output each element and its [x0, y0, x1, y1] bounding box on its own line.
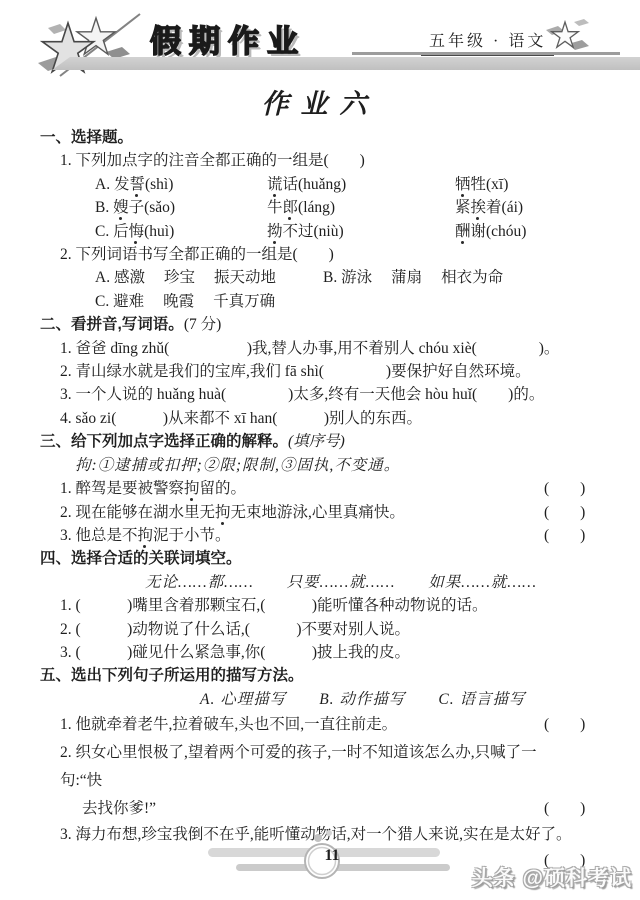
stars-logo-icon	[18, 8, 148, 83]
fill-in-item: 1. ( )嘴里含着那颗宝石,( )能听懂各种动物说的话。	[40, 594, 602, 617]
definition-line: 拘:①逮捕或扣押;②限;限制,③固执,不变通。	[40, 454, 602, 477]
word-cell: 晚霞	[163, 290, 194, 313]
sentence-item: 1. 他就牵着老牛,拉着破车,头也不回,一直往前走。 ( )	[40, 711, 602, 739]
section-4: 四、选择合适的关联词填空。 无论……都…… 只要……就…… 如果……就…… 1.…	[40, 547, 602, 664]
option-cell: 谎话(huǎng)	[267, 173, 455, 196]
answer-bracket: ( )	[544, 711, 602, 739]
options-line: A. 心理描写 B. 动作描写 C. 语言描写	[40, 688, 602, 711]
section-2-heading: 二、看拼音,写词语。(7 分)	[40, 313, 602, 336]
word-cell: B. 游泳	[323, 266, 372, 289]
answer-bracket: ( )	[544, 524, 602, 547]
section-1: 一、选择题。 1. 下列加点字的注音全都正确的一组是( ) A. 发誓(shì)…	[40, 126, 602, 313]
answer-bracket: ( )	[544, 477, 602, 500]
option-cell: A. 发誓(shì)	[95, 173, 267, 196]
section-1-q1-row-c: C. 后悔(huì) 拗不过(niù) 酬谢(chóu)	[40, 220, 602, 243]
section-1-q1-row-a: A. 发誓(shì) 谎话(huǎng) 牺牲(xī)	[40, 173, 602, 196]
header-main-bar	[52, 57, 640, 70]
page-number: 11	[309, 847, 355, 865]
sentence-line-2: 去找你爹!”	[60, 795, 544, 823]
sentence-text: 1. 醉驾是要被警察拘留的。	[60, 477, 544, 500]
option-cell: 酬谢(chóu)	[455, 220, 602, 243]
word-cell: 振天动地	[214, 266, 276, 289]
sentence-item: 1. 醉驾是要被警察拘留的。 ( )	[40, 477, 602, 500]
worksheet-content: 一、选择题。 1. 下列加点字的注音全都正确的一组是( ) A. 发誓(shì)…	[40, 126, 602, 875]
banner-title: 假期作业	[150, 16, 306, 61]
page-header: 假期作业 五年级 · 语文	[0, 0, 640, 82]
option-cell: 牺牲(xī)	[455, 173, 602, 196]
section-1-q1-stem: 1. 下列加点字的注音全都正确的一组是( )	[40, 149, 602, 172]
option-cell: B. 嫂子(sǎo)	[95, 196, 267, 219]
fill-in-item: 2. 青山绿水就是我们的宝库,我们 fā shì( )要保护好自然环境。	[40, 360, 602, 383]
section-3-note: (填序号)	[288, 433, 345, 450]
section-2-score: (7 分)	[184, 316, 221, 333]
sentence-text: 2. 现在能够在湖水里无拘无束地游泳,心里真痛快。	[60, 501, 544, 524]
option-cell: C. 后悔(huì)	[95, 220, 267, 243]
option-cell: 牛郎(láng)	[267, 196, 455, 219]
answer-bracket: ( )	[544, 795, 602, 823]
section-1-q2-stem: 2. 下列词语书写全都正确的一组是( )	[40, 243, 602, 266]
section-1-q1-row-b: B. 嫂子(sǎo) 牛郎(láng) 紧挨着(ái)	[40, 196, 602, 219]
option-cell: 拗不过(niù)	[267, 220, 455, 243]
section-4-heading: 四、选择合适的关联词填空。	[40, 547, 602, 570]
page-title: 作业六	[0, 82, 640, 121]
option-cell: 紧挨着(ái)	[455, 196, 602, 219]
section-1-q2-row-2: C. 避难 晚霞 千真万确	[40, 290, 602, 313]
word-cell: C. 避难	[95, 290, 144, 313]
section-3: 三、给下列加点字选择正确的解释。(填序号) 拘:①逮捕或扣押;②限;限制,③固执…	[40, 430, 602, 547]
sentence-text: 1. 他就牵着老牛,拉着破车,头也不回,一直往前走。	[60, 711, 544, 739]
section-2-heading-text: 二、看拼音,写词语。	[40, 316, 184, 333]
fill-in-item: 4. sǎo zi( )从来都不 xī han( )别人的东西。	[40, 407, 602, 430]
sentence-item: 2. 织女心里恨极了,望着两个可爱的孩子,一时不知道该怎么办,只喊了一句:“快 …	[40, 739, 602, 823]
header-thin-bar	[352, 52, 620, 55]
word-cell: 相衣为命	[441, 266, 503, 289]
sentence-item: 2. 现在能够在湖水里无拘无束地游泳,心里真痛快。 ( )	[40, 501, 602, 524]
fill-in-item: 1. 爸爸 dīng zhǔ( )我,替人办事,用不着别人 chóu xiè( …	[40, 337, 602, 360]
word-cell: 千真万确	[213, 290, 275, 313]
connectives-line: 无论……都…… 只要……就…… 如果……就……	[40, 571, 602, 594]
section-5-heading: 五、选出下列句子所运用的描写方法。	[40, 664, 602, 687]
word-cell: 蒲扇	[391, 266, 422, 289]
answer-bracket: ( )	[544, 501, 602, 524]
worksheet-page: 假期作业 五年级 · 语文 作业六 一、选择题。 1. 下列加点字的注音全都正确…	[0, 0, 640, 900]
sentence-line-1: 2. 织女心里恨极了,望着两个可爱的孩子,一时不知道该怎么办,只喊了一句:“快	[60, 739, 544, 795]
section-1-q2-row-1: A. 感激 珍宝 振天动地 B. 游泳 蒲扇 相衣为命	[40, 266, 602, 289]
word-cell: 珍宝	[164, 266, 195, 289]
section-2: 二、看拼音,写词语。(7 分) 1. 爸爸 dīng zhǔ( )我,替人办事,…	[40, 313, 602, 430]
word-cell: A. 感激	[95, 266, 145, 289]
sentence-text: 3. 他总是不拘泥于小节。	[60, 524, 544, 547]
fill-in-item: 3. 一个人说的 huǎng huà( )太多,终有一天他会 hòu huǐ( …	[40, 383, 602, 406]
fill-in-item: 2. ( )动物说了什么话,( )不要对别人说。	[40, 618, 602, 641]
section-3-heading-text: 三、给下列加点字选择正确的解释。	[40, 433, 288, 450]
sentence-item: 3. 他总是不拘泥于小节。 ( )	[40, 524, 602, 547]
section-3-heading: 三、给下列加点字选择正确的解释。(填序号)	[40, 430, 602, 453]
section-1-heading: 一、选择题。	[40, 126, 602, 149]
watermark: 头条 @硕科考试	[472, 862, 632, 892]
fill-in-item: 3. ( )碰见什么紧急事,你( )披上我的皮。	[40, 641, 602, 664]
sentence-text: 2. 织女心里恨极了,望着两个可爱的孩子,一时不知道该怎么办,只喊了一句:“快 …	[60, 739, 544, 823]
